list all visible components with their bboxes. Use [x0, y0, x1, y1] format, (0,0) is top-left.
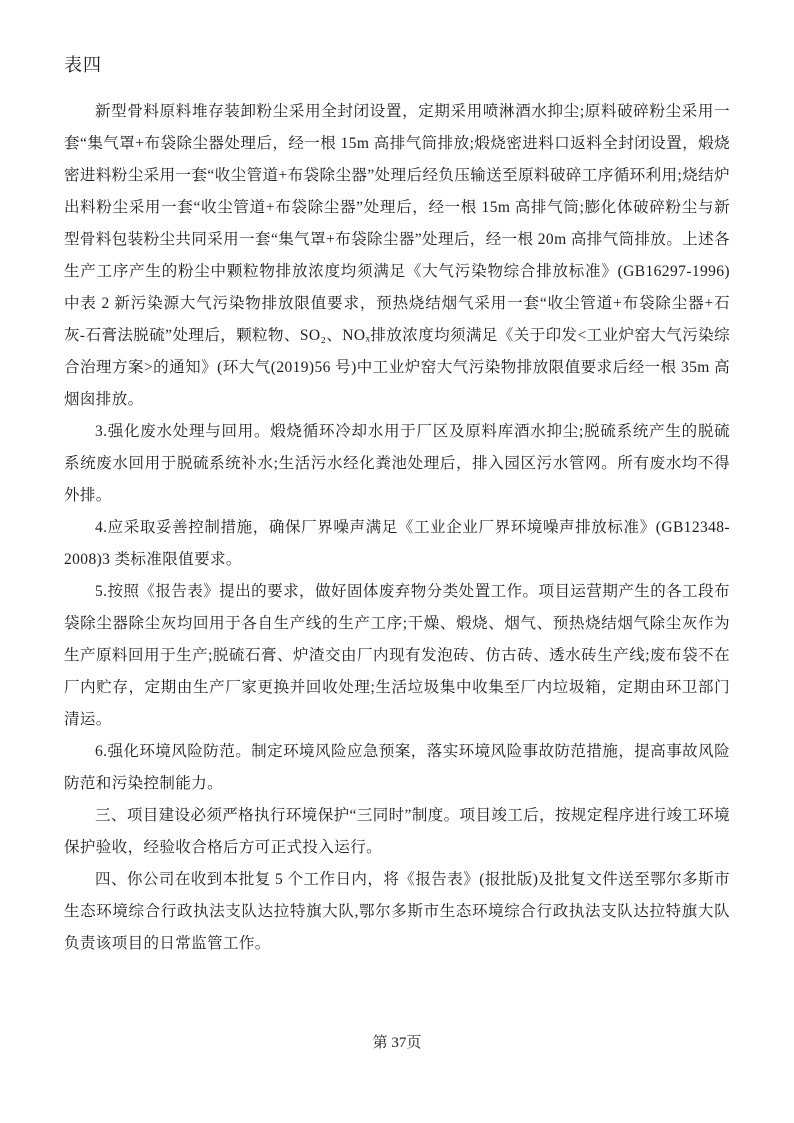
paragraph-three-simultaneous: 三、项目建设必须严格执行环境保护“三同时”制度。项目竣工后，按规定程序进行竣工环… [64, 800, 730, 864]
page-title: 表四 [64, 52, 102, 78]
paragraph-dust-control: 新型骨料原料堆存装卸粉尘采用全封闭设置，定期采用喷淋酒水抑尘;原料破碎粉尘采用一… [64, 96, 730, 416]
paragraph-supervision: 四、你公司在收到本批复 5 个工作日内，将《报告表》(报批版)及批复文件送至鄂尔… [64, 864, 730, 960]
document-body: 新型骨料原料堆存装卸粉尘采用全封闭设置，定期采用喷淋酒水抑尘;原料破碎粉尘采用一… [64, 96, 730, 960]
paragraph-risk-prevention: 6.强化环境风险防范。制定环境风险应急预案，落实环境风险事故防范措施，提高事故风… [64, 736, 730, 800]
document-page: 表四 新型骨料原料堆存装卸粉尘采用全封闭设置，定期采用喷淋酒水抑尘;原料破碎粉尘… [0, 0, 794, 1123]
page-number: 第 37页 [0, 1032, 794, 1054]
paragraph-solid-waste: 5.按照《报告表》提出的要求，做好固体废弃物分类处置工作。项目运营期产生的各工段… [64, 576, 730, 736]
paragraph-wastewater: 3.强化废水处理与回用。煅烧循环冷却水用于厂区及原料库酒水抑尘;脱硫系统产生的脱… [64, 416, 730, 512]
paragraph-noise: 4.应采取妥善控制措施，确保厂界噪声满足《工业企业厂界环境噪声排放标准》(GB1… [64, 512, 730, 576]
